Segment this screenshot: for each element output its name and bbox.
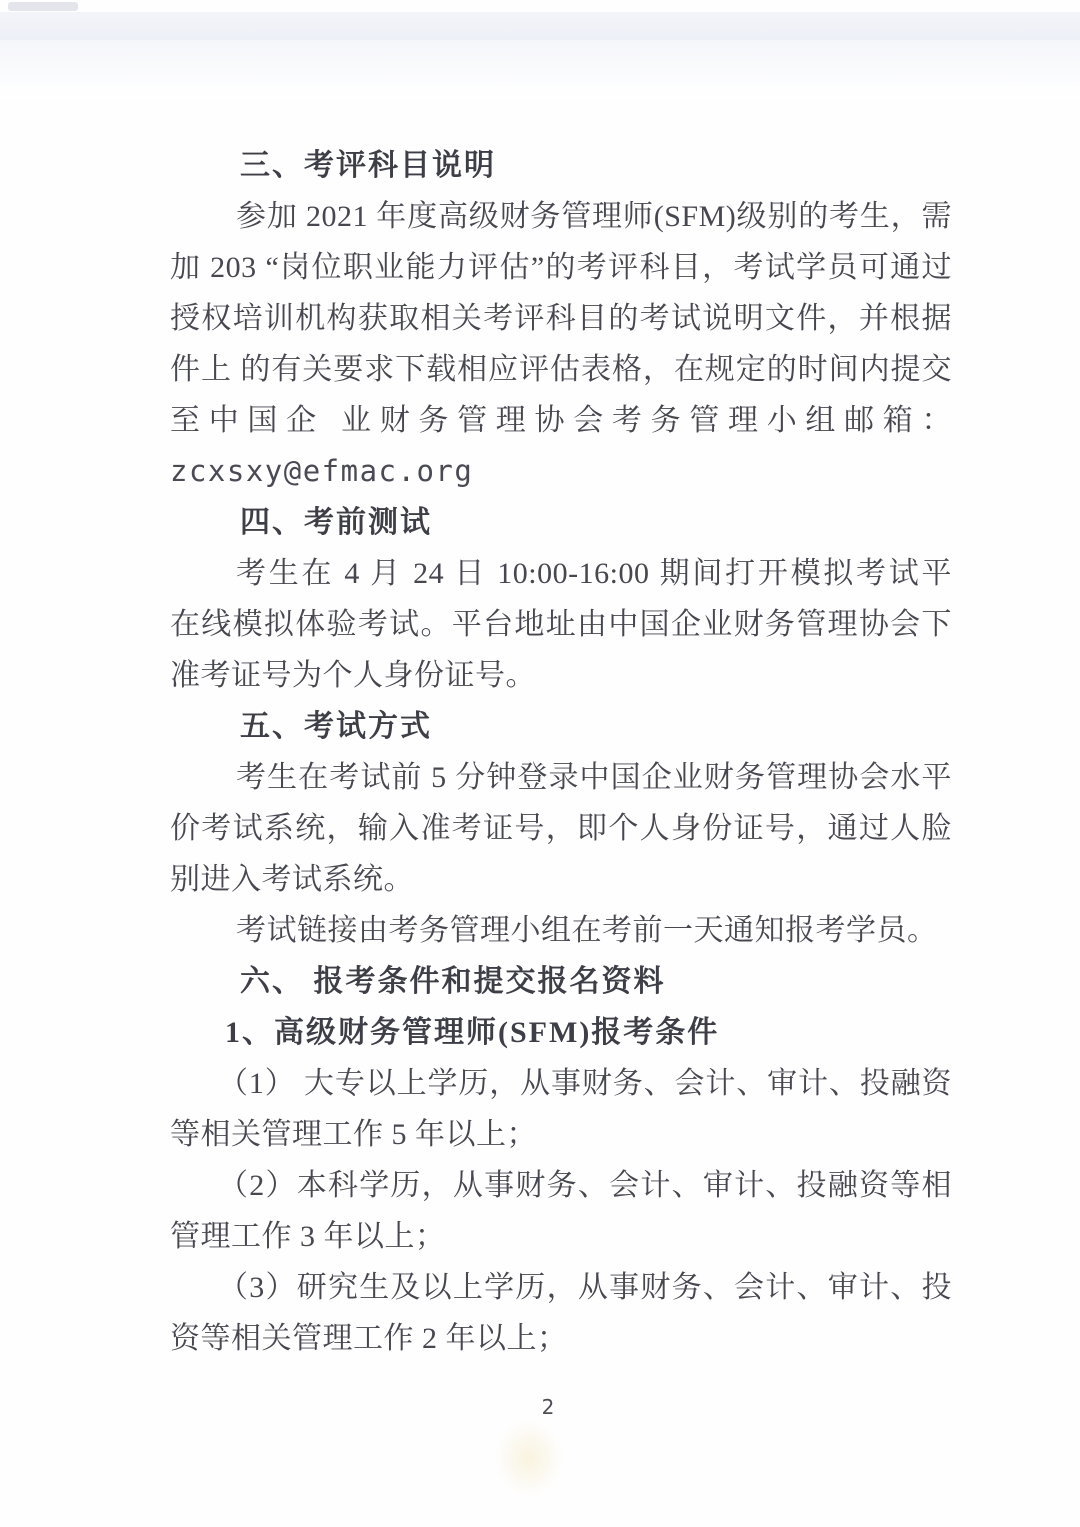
text-line: 参加 2021 年度高级财务管理师(SFM)级别的考生，需参: [170, 191, 952, 242]
section-heading: 四、考前测试: [170, 497, 952, 548]
section-heading: 三、考评科目说明: [170, 140, 952, 191]
text-line: 准考证号为个人身份证号。: [170, 650, 952, 701]
text-line: 加 203 “岗位职业能力评估”的考评科目，考试学员可通过: [170, 242, 952, 293]
text-line: 资等相关管理工作 2 年以上；: [170, 1313, 952, 1364]
section-heading: 六、 报考条件和提交报名资料: [170, 956, 952, 1007]
scan-artifact-band-fade: [0, 40, 1080, 98]
text-line: 考生在考试前 5 分钟登录中国企业财务管理协会水平评: [170, 752, 952, 803]
text-line: 等相关管理工作 5 年以上；: [170, 1109, 952, 1160]
text-line: （1） 大专以上学历，从事财务、会计、审计、投融资: [170, 1058, 952, 1109]
text-line: 至中国企 业财务管理协会考务管理小组邮箱：: [170, 395, 952, 446]
text-line: （2）本科学历，从事财务、会计、审计、投融资等相关: [170, 1160, 952, 1211]
text-line: 在线模拟体验考试。平台地址由中国企业财务管理协会下发，: [170, 599, 952, 650]
scan-artifact-band: [0, 12, 1080, 40]
section-heading: 1、高级财务管理师(SFM)报考条件: [170, 1007, 952, 1058]
text-line: 别进入考试系统。: [170, 854, 952, 905]
text-line: 考试链接由考务管理小组在考前一天通知报考学员。: [170, 905, 952, 956]
text-line: 价考试系统，输入准考证号，即个人身份证号，通过人脸识: [170, 803, 952, 854]
text-line: 管理工作 3 年以上；: [170, 1211, 952, 1262]
page-number: 2: [0, 1395, 1080, 1419]
scan-smudge: [496, 1420, 562, 1496]
text-line: （3）研究生及以上学历，从事财务、会计、审计、投融: [170, 1262, 952, 1313]
text-line: 考生在 4 月 24 日 10:00-16:00 期间打开模拟考试平台，: [170, 548, 952, 599]
section-heading: 五、考试方式: [170, 701, 952, 752]
text-line: 授权培训机构获取相关考评科目的考试说明文件，并根据文: [170, 293, 952, 344]
text-line: 件上 的有关要求下载相应评估表格，在规定的时间内提交: [170, 344, 952, 395]
scan-corner-mark: [8, 2, 78, 11]
document-body: 三、考评科目说明参加 2021 年度高级财务管理师(SFM)级别的考生，需参加 …: [170, 140, 952, 1364]
document-page: 三、考评科目说明参加 2021 年度高级财务管理师(SFM)级别的考生，需参加 …: [0, 0, 1080, 1527]
email-address: zcxsxy@efmac.org: [170, 446, 952, 497]
